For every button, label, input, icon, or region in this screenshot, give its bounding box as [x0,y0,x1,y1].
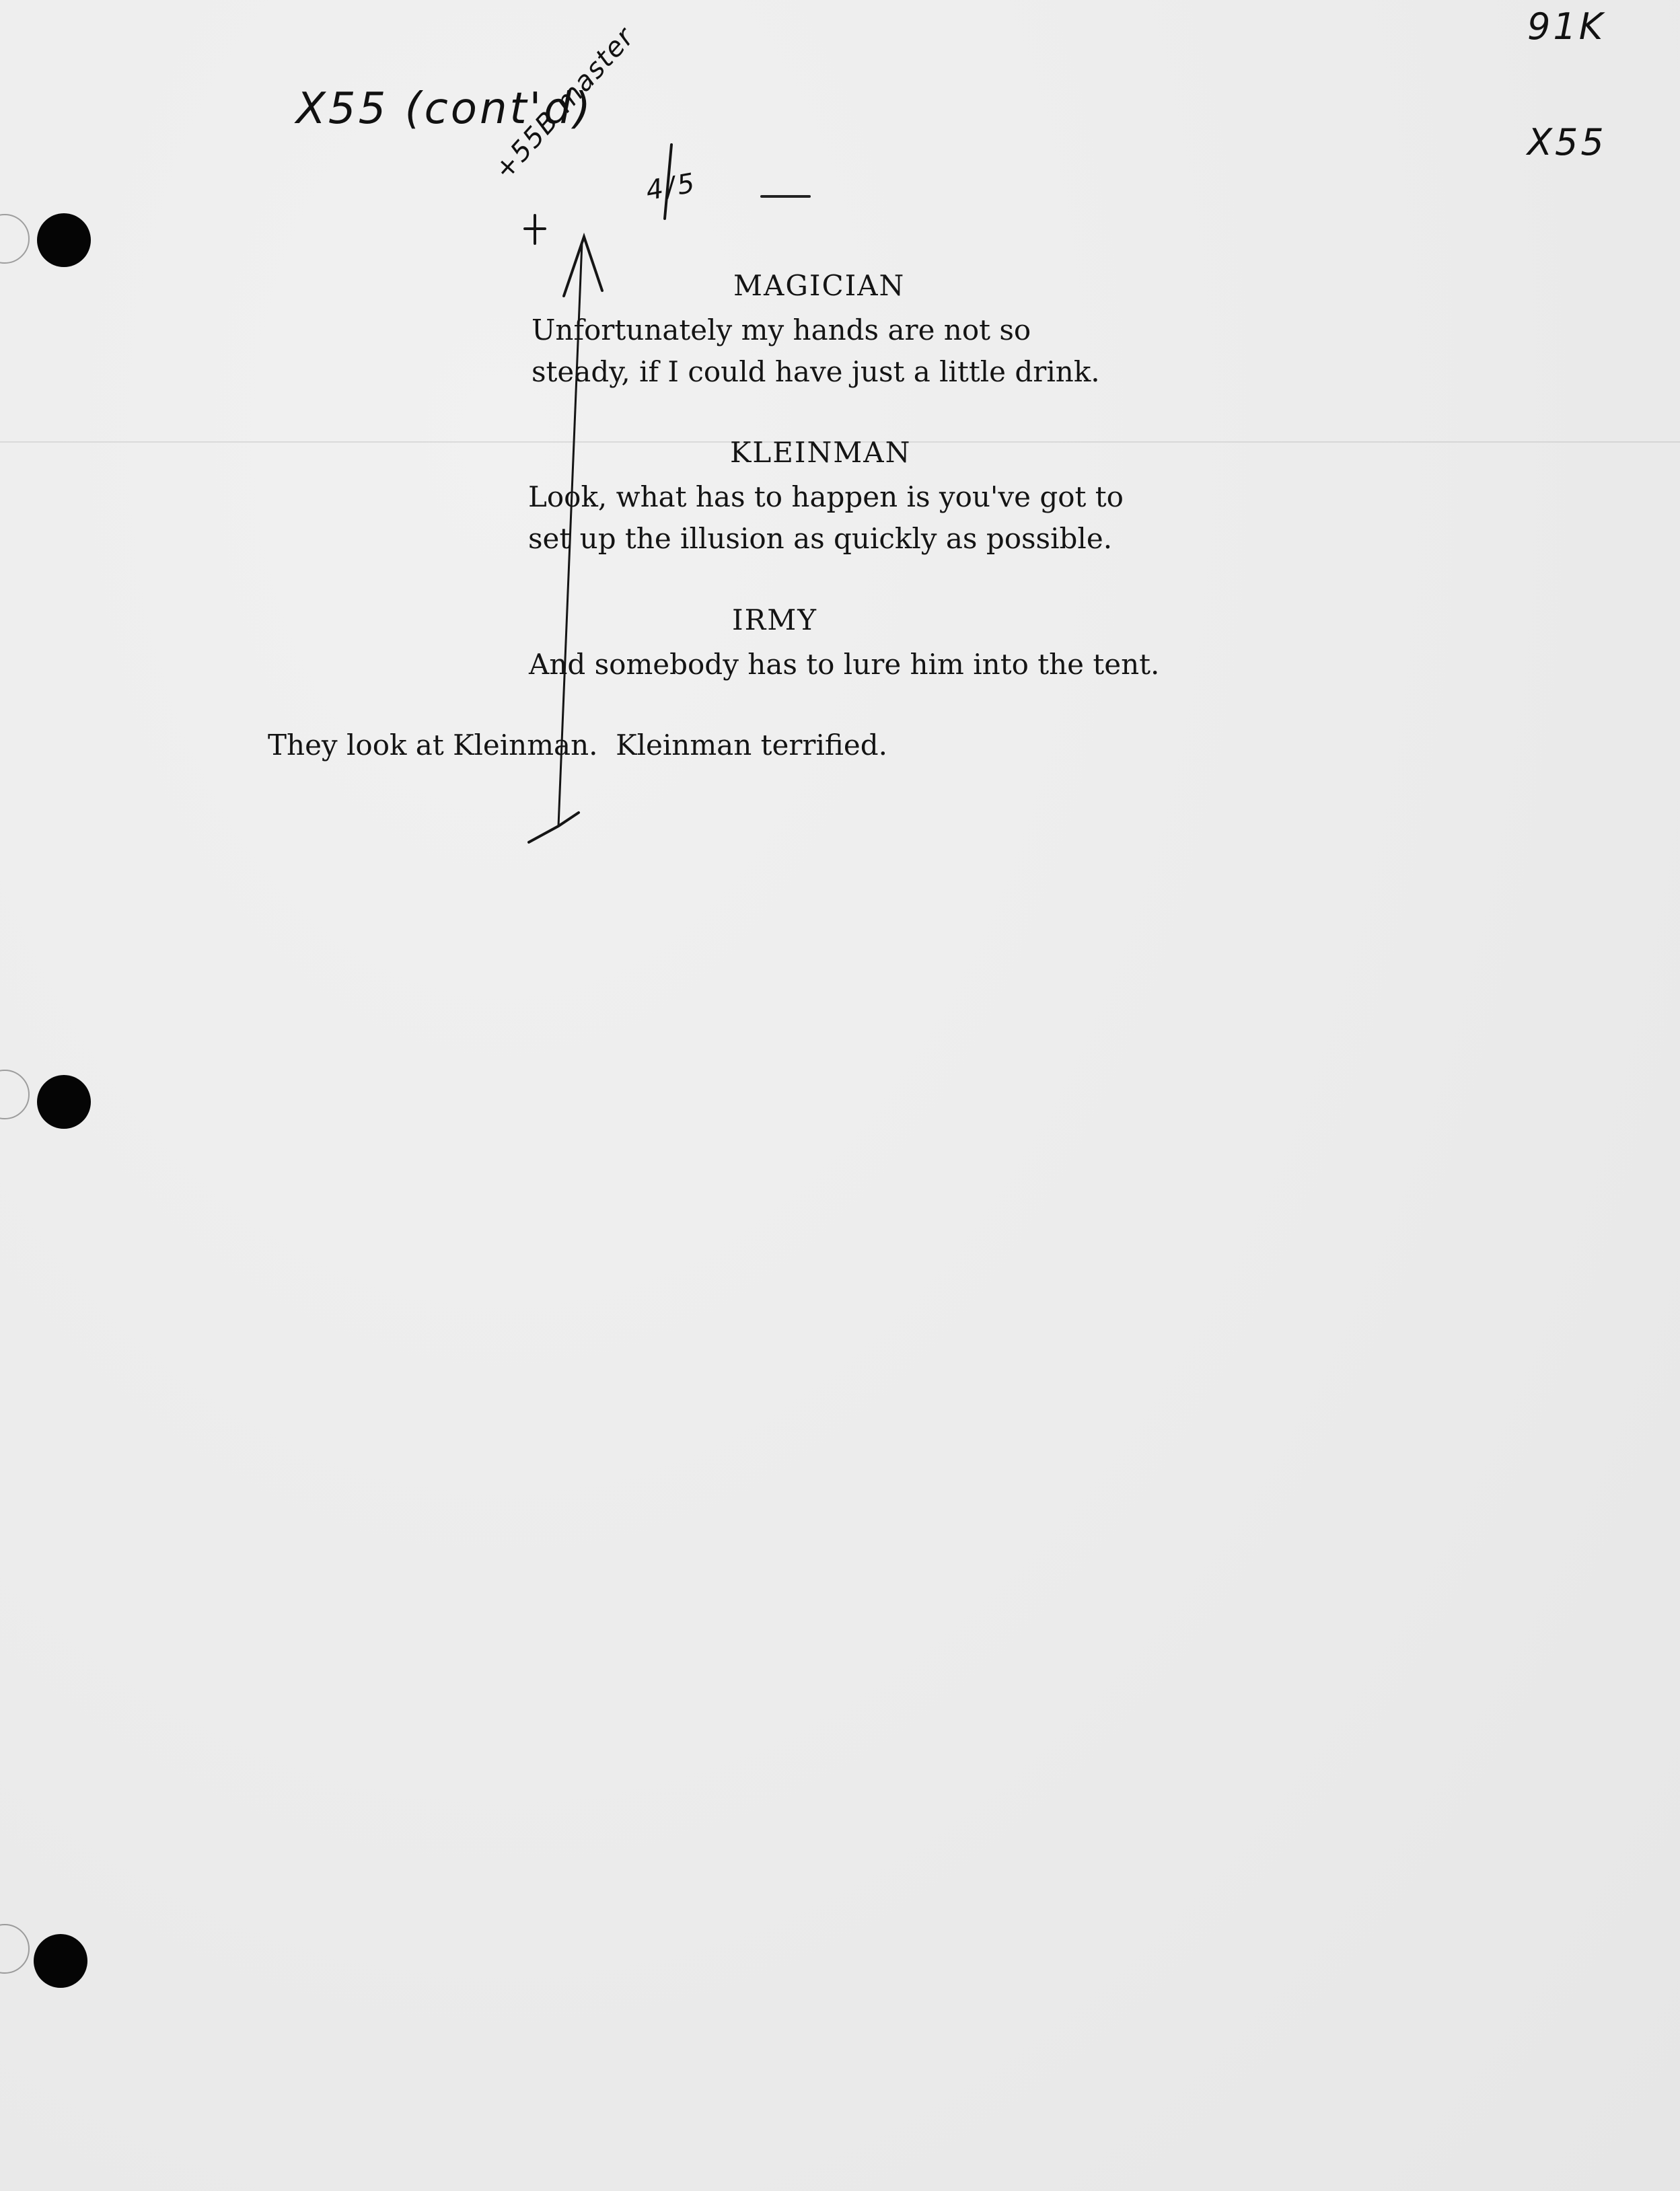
shot-coverage-arrow-icon [0,0,1680,2191]
script-page: X55 (cont'd) 91K X55 +55B master 4/5 MAG… [0,0,1680,2191]
